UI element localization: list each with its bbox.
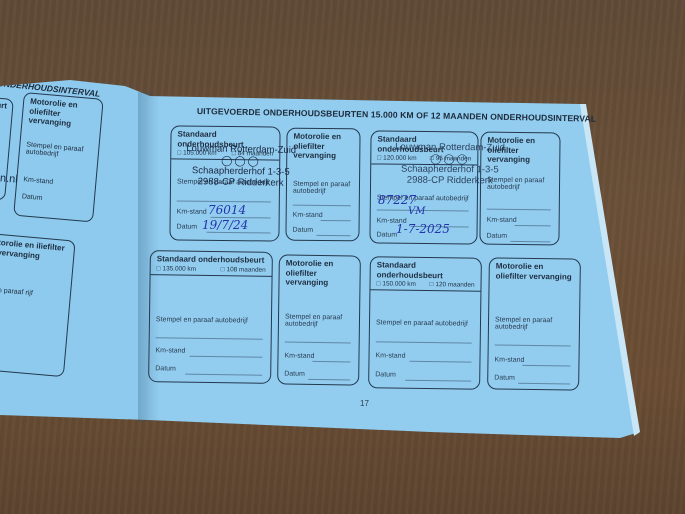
km-line — [522, 365, 570, 367]
card-options: 150.000 km 120 maanden — [370, 279, 480, 292]
date-label: Datum — [177, 223, 198, 230]
date-label: Datum — [376, 232, 397, 239]
card-header: torolie en iliefilter vervanging — [0, 234, 75, 264]
date-label: Datum — [375, 371, 396, 378]
left-oil-card-bottom: torolie en iliefilter vervanging en para… — [0, 233, 76, 377]
stamp-label: Stempel en paraafautobedrijf — [487, 177, 544, 192]
stamp-label: Stempel en paraafautobedrijf — [285, 314, 342, 329]
card-header: Motorolie enoliefilter vervanging — [481, 133, 559, 166]
oil-change-card-4: Motorolie enoliefilter vervanging Stempe… — [487, 257, 581, 390]
page-number: 17 — [360, 399, 369, 408]
km-label: Km-stand — [375, 352, 405, 359]
left-oil-card-top: Motorolie en oliefilter vervanging Stemp… — [13, 92, 104, 223]
date-label: Datum — [284, 371, 305, 378]
date-line — [185, 374, 262, 376]
date-value: 1-7-2025 — [396, 222, 450, 236]
date-line — [206, 232, 270, 234]
km-label: Km-stand — [155, 347, 185, 354]
stamp-label: en paraaf rijf — [0, 287, 33, 297]
date-line — [308, 379, 350, 381]
stamp-postcode-city: 2988-CP Ridderkerk — [186, 177, 296, 190]
date-line — [518, 383, 570, 385]
stamp-label: Stempel en paraaf autobedrijf — [25, 141, 98, 161]
stamp-line — [285, 342, 351, 344]
date-value: 19/7/24 — [202, 218, 248, 232]
date-label: Datum — [155, 365, 176, 372]
stamp-line — [487, 209, 551, 211]
oil-change-card-2: Motorolie enoliefilter vervanging Stempe… — [479, 132, 560, 246]
oil-change-card-3: Motorolie enoliefilter vervanging Stempe… — [277, 254, 361, 385]
km-line — [409, 361, 471, 363]
date-label: Datum — [486, 233, 507, 240]
months-option-checkbox[interactable]: 120 maanden — [430, 281, 475, 289]
card-header: Motorolie enoliefilter vervanging — [279, 255, 359, 288]
card-header: Standaard onderhoudsbeurt — [151, 251, 272, 265]
dealer-stamp: Louwman Rotterdam-Zuid ◯◯◯ Schaapherderh… — [186, 144, 297, 190]
standard-service-card-4: Standaard onderhoudsbeurt 150.000 km 120… — [368, 256, 482, 390]
card-options: 135.000 km 108 maanden — [151, 264, 272, 277]
km-label: Km-stand — [23, 176, 53, 186]
signature: VM — [408, 206, 425, 217]
km-line — [515, 225, 551, 226]
card-header: Motorolie enoliefilter vervanging — [287, 129, 359, 162]
km-label: Km-stand — [487, 217, 517, 224]
date-line — [405, 380, 471, 382]
km-line — [312, 361, 350, 363]
km-line — [189, 356, 262, 358]
date-label: Datum — [292, 227, 313, 234]
km-label: Km-stand — [293, 212, 323, 219]
card-header: Motorolie enoliefilter vervanging — [490, 258, 580, 281]
stamp-line — [293, 205, 351, 207]
km-line — [321, 220, 351, 221]
stamp-label: Stempel en paraafautobedrijf — [293, 181, 350, 196]
card-header: Motorolie en oliefilter vervanging — [22, 93, 102, 131]
oil-change-card-1: Motorolie enoliefilter vervanging Stempe… — [285, 128, 360, 242]
km-option-checkbox[interactable]: 135.000 km — [157, 265, 196, 273]
km-label: Km-stand — [284, 353, 314, 360]
stamp-fragment: n.nl — [0, 172, 18, 186]
stamp-label: Stempel en paraaf autobedrijf — [376, 319, 468, 327]
stamp-label: Stempel en paraaf autobedrijf — [156, 316, 248, 324]
km-value: 87227 — [378, 193, 416, 207]
km-label: Km-stand — [494, 356, 524, 363]
stamp-dealer-name: Louwman Rotterdam-Zuid — [186, 144, 296, 157]
stamp-label: Stempel en paraafautobedrijf — [495, 316, 552, 331]
date-label: Datum — [494, 374, 515, 381]
standard-service-card-3: Standaard onderhoudsbeurt 135.000 km 108… — [148, 250, 273, 384]
date-line — [316, 235, 350, 236]
date-label: Datum — [22, 193, 43, 202]
card-header: Standaard onderhoudsbeurt — [371, 257, 481, 281]
stamp-line — [376, 341, 472, 343]
card-header-fragment: urt — [0, 98, 13, 111]
stamp-line — [156, 337, 263, 339]
km-option-checkbox[interactable]: 150.000 km — [376, 281, 415, 289]
date-line — [510, 241, 550, 242]
months-option-checkbox[interactable]: 108 maanden — [221, 266, 266, 274]
km-value: 76014 — [208, 203, 246, 217]
stamp-line — [495, 344, 571, 346]
km-label: Km-stand — [177, 208, 207, 215]
